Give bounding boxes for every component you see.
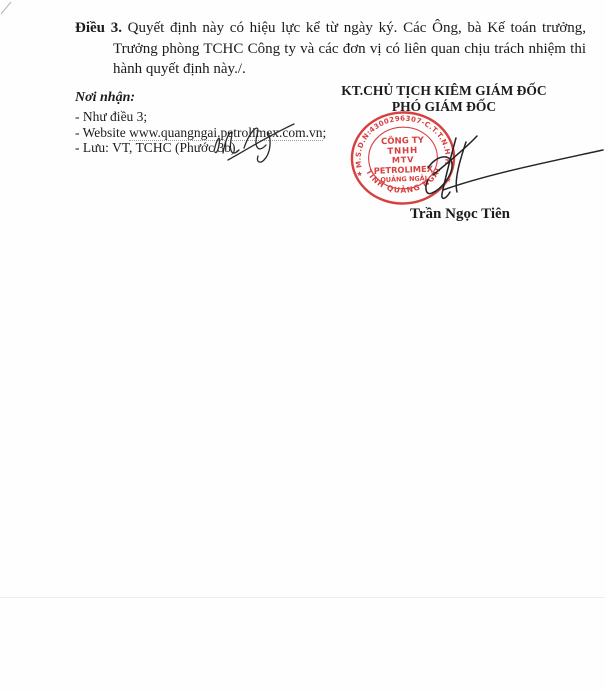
recipient-item-suffix: ; xyxy=(323,125,327,140)
article-paragraph: Điều 3. Quyết định này có hiệu lực kể từ… xyxy=(75,18,586,80)
seal-star-left: ★ xyxy=(356,169,363,178)
article-text: Quyết định này có hiệu lực kể từ ngày ký… xyxy=(113,20,586,77)
handwritten-initials xyxy=(206,118,306,170)
signature-title-line1: KT.CHỦ TỊCH KIÊM GIÁM ĐỐC xyxy=(336,83,552,99)
scan-corner-artifact xyxy=(0,0,18,18)
signer-name: Trần Ngọc Tiên xyxy=(390,206,530,223)
article-label: Điều 3. xyxy=(75,20,122,36)
scan-fold-line xyxy=(0,597,605,598)
recipient-item-prefix: - Website xyxy=(75,125,129,140)
recipients-heading: Nơi nhận: xyxy=(75,90,345,106)
